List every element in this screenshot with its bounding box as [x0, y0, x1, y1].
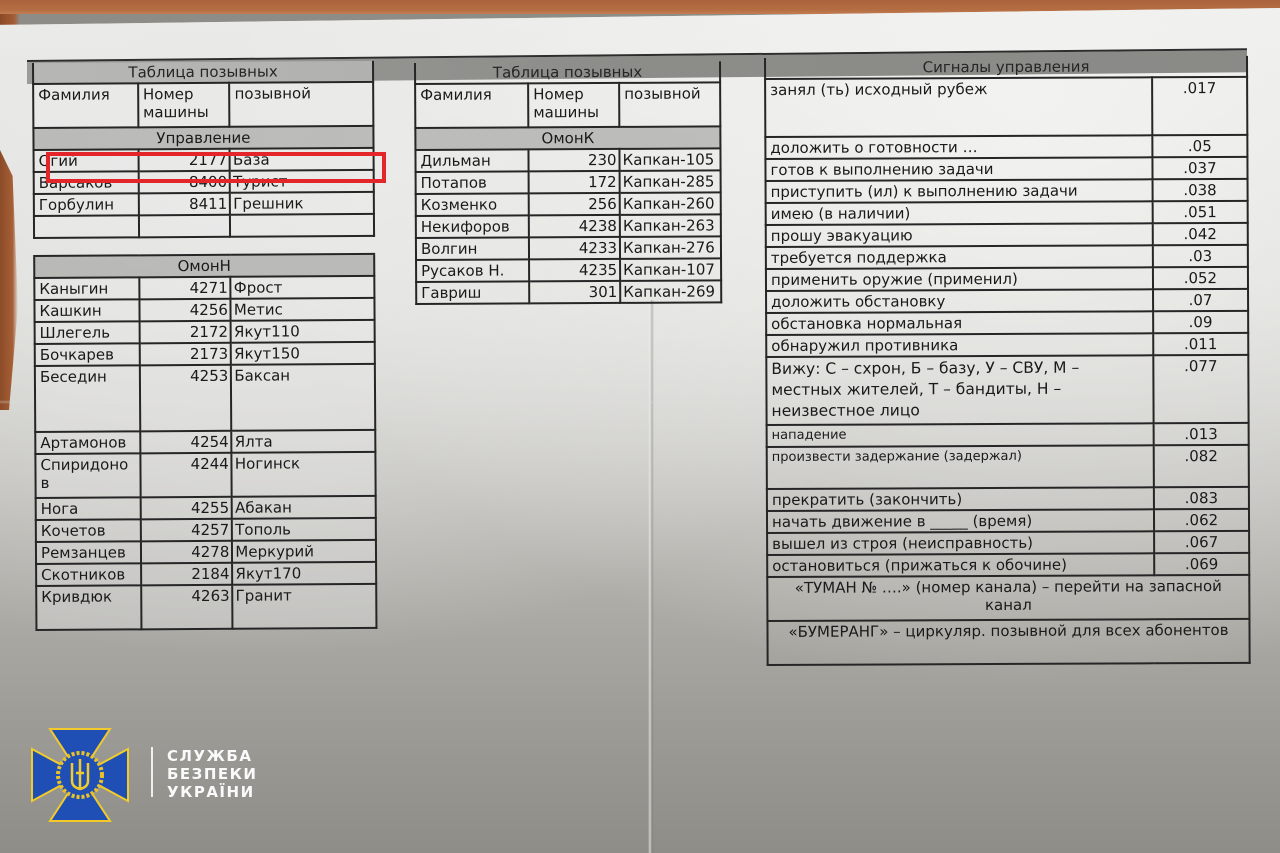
surname: Нога: [36, 497, 141, 520]
vehicle-number: 230: [529, 149, 620, 171]
signal-row: применить оружие (применил).052: [766, 267, 1248, 291]
column-header-callsign: позывной: [229, 82, 373, 127]
vehicle-number: 4233: [529, 237, 620, 259]
logo-line: БЕЗПЕКИ: [167, 765, 257, 783]
surname: Спиридоно в: [35, 453, 140, 498]
vehicle-number: 4244: [140, 453, 232, 498]
signal-code: .051: [1152, 201, 1247, 223]
signal-note-tuman: «ТУМАН № ….» (номер канала) – перейти на…: [767, 575, 1249, 621]
signal-code: .067: [1154, 531, 1249, 553]
signal-code: .037: [1152, 157, 1247, 179]
table-title: Таблица позывных: [415, 61, 720, 84]
signal-meaning: доложить обстановку: [766, 289, 1153, 313]
signal-row: приступить (ил) к выполнению задачи.038: [766, 179, 1248, 203]
surname: Гавриш: [416, 281, 529, 304]
callsign: Капкан-269: [620, 280, 721, 303]
callsign: Капкан-107: [620, 258, 721, 281]
table-row: Кривдюк4263Гранит: [36, 584, 376, 630]
signal-row: произвести задержание (задержал).082: [767, 445, 1249, 489]
signal-code: .013: [1153, 423, 1248, 445]
callsign: Капкан-285: [620, 170, 721, 193]
signal-code: .09: [1153, 311, 1248, 333]
callsign: Ногинск: [232, 452, 376, 497]
vehicle-number: 4263: [141, 585, 233, 630]
surname: Шлегель: [35, 321, 140, 344]
signal-code: .082: [1154, 445, 1249, 487]
logo-line: СЛУЖБА: [167, 747, 257, 765]
table-row: Артамонов4254Ялта: [35, 430, 375, 454]
surname: Козменко: [416, 193, 529, 216]
signal-note-row: «ТУМАН № ….» (номер канала) – перейти на…: [767, 575, 1249, 621]
signal-meaning: прошу эвакуацию: [766, 223, 1153, 247]
signal-note-row: «БУМЕРАНГ» – циркуляр. позывной для всех…: [767, 619, 1249, 665]
signal-row: остановиться (прижаться к обочине).069: [767, 553, 1249, 577]
signal-meaning: остановиться (прижаться к обочине): [767, 553, 1154, 577]
callsign: Капкан-276: [620, 236, 721, 259]
surname: Бочкарев: [35, 343, 140, 366]
signal-code: .05: [1152, 135, 1247, 157]
logo-separator: [151, 747, 153, 797]
signal-meaning: начать движение в _____ (время): [767, 509, 1154, 533]
vehicle-number: 172: [529, 171, 620, 193]
column-header-surname: Фамилия: [33, 83, 138, 128]
surname: Кочетов: [36, 519, 141, 542]
surname: Русаков Н.: [416, 259, 529, 282]
vehicle-number: 4278: [141, 541, 233, 564]
table-title: Таблица позывных: [33, 61, 373, 84]
empty-cell: [139, 215, 231, 238]
signal-code: .038: [1152, 179, 1247, 201]
table-row: Горбулин8411Грешник: [34, 192, 374, 216]
table-row: Бочкарев2173Якут150: [35, 342, 375, 366]
table-row: Спиридоно в4244Ногинск: [35, 452, 375, 498]
logo-line: УКРАЇНИ: [167, 783, 257, 801]
empty-cell: [230, 214, 374, 237]
control-signals-table: Сигналы управления занял (ть) исходный р…: [764, 56, 1251, 666]
vehicle-number: 2172: [139, 321, 231, 344]
signal-row: обстановка нормальная.09: [766, 311, 1248, 335]
section-header: ОмонН: [34, 254, 374, 278]
sbu-logo: СЛУЖБА БЕЗПЕКИ УКРАЇНИ: [30, 727, 270, 807]
table-row: Русаков Н.4235Капкан-107: [416, 258, 721, 282]
callsign-table-1: Таблица позывных Фамилия Номер машины по…: [32, 61, 377, 631]
vehicle-number: 4257: [141, 519, 233, 542]
callsign: Капкан-105: [620, 148, 721, 171]
callsign: Баксан: [231, 364, 375, 431]
table-row: Гавриш301Капкан-269: [416, 280, 721, 304]
column-header-callsign: позывной: [619, 82, 720, 127]
table-row: Скотников2184Якут170: [36, 562, 376, 586]
signal-note-bumerang: «БУМЕРАНГ» – циркуляр. позывной для всех…: [767, 619, 1249, 665]
signal-row: имею (в наличии).051: [766, 201, 1248, 225]
vehicle-number: 4253: [140, 365, 232, 432]
signal-row: доложить обстановку.07: [766, 289, 1248, 313]
surname: Скотников: [36, 563, 141, 586]
surname: Потапов: [416, 171, 529, 194]
signal-row: прошу эвакуацию.042: [766, 223, 1248, 247]
callsign: Меркурий: [232, 540, 376, 563]
surname: Беседин: [35, 365, 140, 432]
signal-code: .03: [1153, 245, 1248, 267]
signal-code: .069: [1154, 553, 1249, 575]
vehicle-number: 2173: [139, 343, 231, 366]
empty-cell: [34, 215, 139, 238]
surname: Горбулин: [34, 193, 139, 216]
surname: Кашкин: [34, 299, 139, 322]
vehicle-number: 2184: [141, 563, 233, 586]
signal-meaning: вышел из строя (неисправность): [767, 531, 1154, 555]
table-row: Каныгин4271Фрост: [34, 276, 374, 300]
callsign: Метис: [231, 298, 375, 321]
signal-row: обнаружил противника.011: [766, 333, 1248, 357]
signal-code: .052: [1153, 267, 1248, 289]
callsign: Грешник: [230, 192, 374, 215]
signal-row: доложить о готовности ….05: [765, 135, 1247, 159]
callsign: Тополь: [232, 518, 376, 541]
table-row: Шлегель2172Якут110: [35, 320, 375, 344]
signal-meaning: имею (в наличии): [766, 201, 1153, 225]
callsign: Капкан-260: [620, 192, 721, 215]
signal-meaning: требуется поддержка: [766, 245, 1153, 269]
signal-code: .083: [1154, 487, 1249, 509]
surname: Ремзанцев: [36, 541, 141, 564]
signal-row: нападение.013: [767, 423, 1249, 447]
callsign: Якут110: [231, 320, 375, 343]
callsign: Капкан-263: [620, 214, 721, 237]
surname: Дильман: [415, 149, 528, 172]
signal-row: прекратить (закончить).083: [767, 487, 1249, 511]
surname: Каныгин: [34, 277, 139, 300]
vehicle-number: 4235: [529, 259, 620, 281]
highlight-box: [46, 152, 386, 183]
callsign: Абакан: [232, 496, 376, 519]
signal-meaning: прекратить (закончить): [767, 487, 1154, 511]
table-row: Нога4255Абакан: [36, 496, 376, 520]
vehicle-number: 4238: [529, 215, 620, 237]
signal-meaning: нападение: [767, 423, 1154, 447]
table-row: Кочетов4257Тополь: [36, 518, 376, 542]
logo-wordmark: СЛУЖБА БЕЗПЕКИ УКРАЇНИ: [167, 747, 257, 801]
signal-meaning: произвести задержание (задержал): [767, 445, 1154, 489]
signal-meaning: занял (ть) исходный рубеж: [765, 77, 1152, 137]
signal-row: готов к выполнению задачи.037: [765, 157, 1247, 181]
signal-row: начать движение в _____ (время).062: [767, 509, 1249, 533]
section-header: ОмонК: [415, 126, 720, 150]
callsign: Якут170: [232, 562, 376, 585]
signal-meaning: доложить о готовности …: [765, 135, 1152, 159]
vehicle-number: 8411: [139, 193, 231, 216]
signal-code: .017: [1152, 77, 1247, 135]
callsign: Якут150: [231, 342, 375, 365]
vehicle-number: 256: [529, 193, 620, 215]
signal-meaning: обнаружил противника: [766, 333, 1153, 357]
table-title: Сигналы управления: [765, 56, 1247, 79]
callsign-table-2: Таблица позывных Фамилия Номер машины по…: [414, 61, 722, 305]
callsign: Ялта: [232, 430, 376, 453]
callsign: Фрост: [231, 276, 375, 299]
surname: Артамонов: [35, 431, 140, 454]
signal-row: требуется поддержка.03: [766, 245, 1248, 269]
vehicle-number: 4256: [139, 299, 231, 322]
surname: Некифоров: [416, 215, 529, 238]
table-row: Козменко256Капкан-260: [416, 192, 721, 216]
sbu-cross-trident-emblem-icon: [30, 727, 130, 823]
vehicle-number: 4255: [140, 497, 232, 520]
signal-meaning: Вижу: С – схрон, Б – базу, У – СВУ, М – …: [766, 355, 1153, 425]
signal-code: .011: [1153, 333, 1248, 355]
column-header-vehicle: Номер машины: [528, 83, 619, 127]
vehicle-number: 4254: [140, 431, 232, 454]
callsign: Гранит: [233, 584, 377, 629]
signal-meaning: готов к выполнению задачи: [765, 157, 1152, 181]
signal-code: .077: [1153, 355, 1248, 423]
signal-meaning: обстановка нормальная: [766, 311, 1153, 335]
surname: Кривдюк: [36, 585, 141, 630]
table-row-empty: [34, 214, 374, 238]
column-header-surname: Фамилия: [415, 83, 528, 128]
vehicle-number: 301: [529, 281, 620, 303]
table-row: Беседин4253Баксан: [35, 364, 375, 432]
table-row: Некифоров4238Капкан-263: [416, 214, 721, 238]
table-row: Потапов172Капкан-285: [416, 170, 721, 194]
spacer: [34, 236, 374, 256]
section-header: Управление: [33, 126, 373, 150]
signal-row: Вижу: С – схрон, Б – базу, У – СВУ, М – …: [766, 355, 1248, 425]
vehicle-number: 4271: [139, 277, 231, 300]
table-row: Волгин4233Капкан-276: [416, 236, 721, 260]
signal-meaning: приступить (ил) к выполнению задачи: [766, 179, 1153, 203]
signal-row: вышел из строя (неисправность).067: [767, 531, 1249, 555]
paper-fold-vertical: [648, 300, 654, 853]
table-row: Кашкин4256Метис: [34, 298, 374, 322]
table-row: Ремзанцев4278Меркурий: [36, 540, 376, 564]
surname: Волгин: [416, 237, 529, 260]
signal-meaning: применить оружие (применил): [766, 267, 1153, 291]
table-row: Дильман230Капкан-105: [415, 148, 720, 172]
column-header-vehicle: Номер машины: [138, 83, 230, 128]
signal-code: .07: [1153, 289, 1248, 311]
signal-row: занял (ть) исходный рубеж.017: [765, 77, 1247, 137]
signal-code: .062: [1154, 509, 1249, 531]
signal-code: .042: [1153, 223, 1248, 245]
